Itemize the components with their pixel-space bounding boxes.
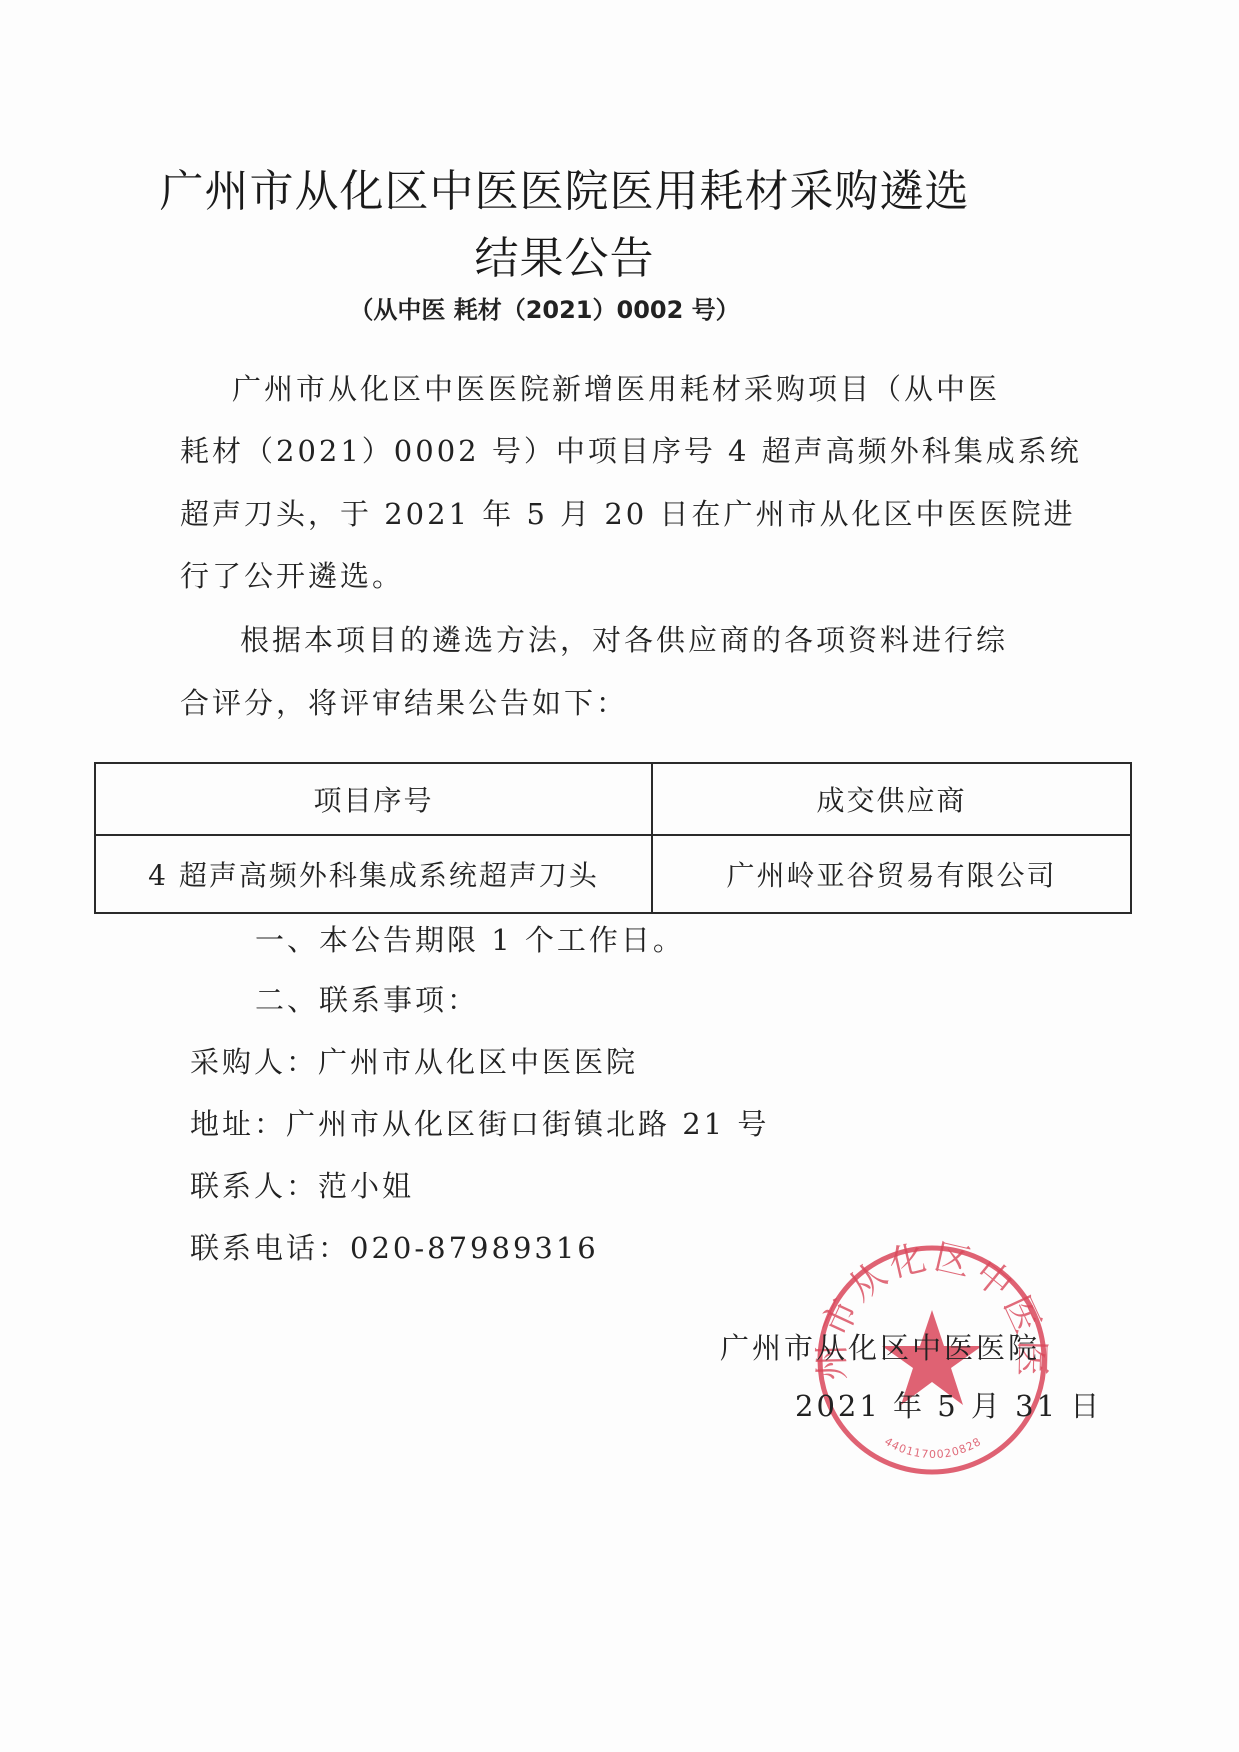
document-number: （从中医 耗材（2021）0002 号） [0, 290, 1164, 325]
signature-date: 2021 年 5 月 31 日 [795, 1384, 1102, 1425]
contact-address: 地址：广州市从化区街口街镇北路 21 号 [190, 1110, 769, 1139]
table-header-row: 项目序号 成交供应商 [95, 763, 1131, 835]
svg-text:4401170020828: 4401170020828 [882, 1435, 984, 1461]
contact-purchaser: 采购人：广州市从化区中医医院 [190, 1048, 638, 1077]
result-table: 项目序号 成交供应商 4 超声高频外科集成系统超声刀头 广州岭亚谷贸易有限公司 [94, 762, 1132, 914]
method-line-1: 根据本项目的遴选方法，对各供应商的各项资料进行综 [240, 626, 1008, 655]
document-page: 广州市从化区中医医院医用耗材采购遴选 结果公告 （从中医 耗材（2021）000… [0, 0, 1239, 1752]
header-supplier: 成交供应商 [652, 763, 1131, 835]
notice-period: 一、本公告期限 1 个工作日。 [255, 926, 685, 955]
document-title-line1: 广州市从化区中医医院医用耗材采购遴选 [0, 155, 1184, 219]
cell-item: 4 超声高频外科集成系统超声刀头 [95, 835, 652, 913]
header-item-number: 项目序号 [95, 763, 652, 835]
contact-person: 联系人：范小姐 [190, 1172, 414, 1201]
signature-organization: 广州市从化区中医医院 [720, 1326, 1040, 1367]
contact-heading: 二、联系事项： [255, 986, 479, 1015]
document-title-line2: 结果公告 [0, 222, 1184, 286]
contact-phone: 联系电话：020-87989316 [190, 1234, 599, 1263]
method-line-2: 合评分，将评审结果公告如下： [180, 689, 628, 718]
intro-line-2: 耗材（2021）0002 号）中项目序号 4 超声高频外科集成系统 [180, 437, 1082, 466]
intro-line-4: 行了公开遴选。 [180, 562, 404, 591]
intro-line-3: 超声刀头，于 2021 年 5 月 20 日在广州市从化区中医医院进 [180, 500, 1075, 529]
intro-line-1: 广州市从化区中医医院新增医用耗材采购项目（从中医 [232, 375, 1000, 404]
cell-supplier: 广州岭亚谷贸易有限公司 [652, 835, 1131, 913]
table-row: 4 超声高频外科集成系统超声刀头 广州岭亚谷贸易有限公司 [95, 835, 1131, 913]
